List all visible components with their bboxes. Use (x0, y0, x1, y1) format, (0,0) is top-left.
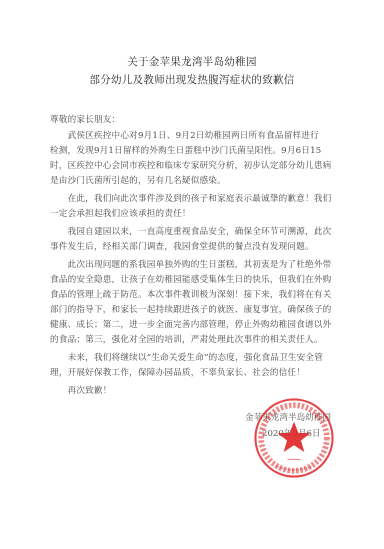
body-line: 武侯区疾控中心对9月1日、9月2日幼稚园两日所有食品留样进行 (50, 129, 338, 141)
greeting: 尊敬的家长朋友： (50, 113, 338, 125)
body-line: 的食品；第三，强化对全园的培训，严肃处理此次事件的相关责任人。 (50, 333, 338, 345)
body-line: 事件发生后，经相关部门调查，我园食堂提供的餐点没有发现问题。 (50, 240, 338, 252)
body-line: 检测，发现9月1日留样的外购生日蛋糕中沙门氏菌呈阳性。9月6日15 (50, 144, 338, 156)
body-line: 部门的指导下，和家长一起持续跟进孩子的就医、康复事宜，确保孩子的 (50, 303, 338, 315)
body-line: 我园自建园以来，一直高度重视食品安全，确保全环节可溯源，此次 (50, 225, 338, 237)
official-seal-icon (253, 397, 335, 479)
body-line: 此次出现问题的系我园单独外购的生日蛋糕，其初衷是为了杜绝外带 (50, 258, 338, 270)
body-line: 理，开展好保教工作，保障办园品质，不辜负家长、社会的信任！ (50, 366, 338, 378)
body-line: 食品的管理上疏于防范。本次事件教训极为深刻！接下来，我们将在有关 (50, 288, 338, 300)
letter-page: 关于金苹果龙湾半岛幼稚园 部分幼儿及教师出现发热腹泻症状的致歉信 尊敬的家长朋友… (0, 0, 384, 549)
body-line: 是由沙门氏菌所引起的，另有几名疑似感染。 (50, 174, 338, 186)
body-line: 健康、成长；第二，进一步全面完善内部管理，停止外购幼稚园食谱以外 (50, 318, 338, 330)
body-line: 时，区疾控中心会同市疾控和临床专家研究分析，初步认定部分幼儿患病 (50, 159, 338, 171)
body-line: 食品的安全隐患，让孩子在幼稚园能感受集体生日的快乐，但我们在外购 (50, 273, 338, 285)
body-line: 在此，我们向此次事件涉及到的孩子和家庭表示最诚挚的歉意！我们 (50, 192, 338, 204)
letter-title-line2: 部分幼儿及教师出现发热腹泻症状的致歉信 (0, 72, 384, 87)
letter-title-line1: 关于金苹果龙湾半岛幼稚园 (0, 54, 384, 69)
body-line: 未来，我们将继续以“生命关爱生命”的态度，强化食品卫生安全管 (50, 351, 338, 363)
body-line: 再次致歉！ (50, 384, 338, 396)
body-line: 一定会承担起我们应该承担的责任！ (50, 207, 338, 219)
